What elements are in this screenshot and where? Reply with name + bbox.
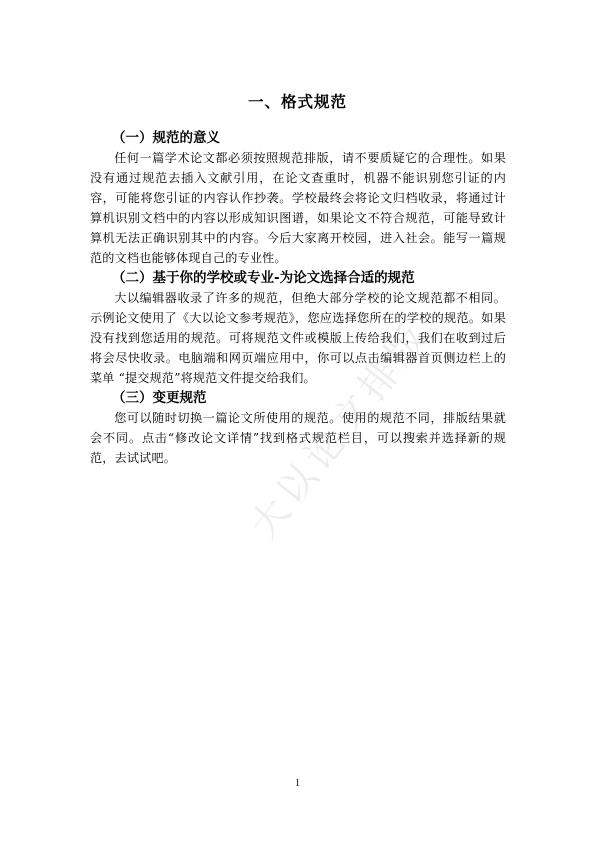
section-paragraph: 任何一篇学术论文都必须按照规范排版，请不要质疑它的合理性。如果没有通过规范去插入… xyxy=(90,148,506,268)
section-paragraph: 大以编辑器收录了许多的规范，但绝大部分学校的论文规范都不相同。示例论文使用了《大… xyxy=(90,288,506,388)
section-heading: （二）基于你的学校或专业-为论文选择合适的规范 xyxy=(112,268,506,288)
section-choose-standard: （二）基于你的学校或专业-为论文选择合适的规范 大以编辑器收录了许多的规范，但绝… xyxy=(90,268,506,388)
page-title: 一、格式规范 xyxy=(0,90,595,112)
document-page: 一、格式规范 （一）规范的意义 任何一篇学术论文都必须按照规范排版，请不要质疑它… xyxy=(0,0,595,842)
section-heading: （三）变更规范 xyxy=(112,388,506,408)
section-change-standard: （三）变更规范 您可以随时切换一篇论文所使用的规范。使用的规范不同，排版结果就会… xyxy=(90,388,506,468)
section-heading: （一）规范的意义 xyxy=(112,128,506,148)
section-paragraph: 您可以随时切换一篇论文所使用的规范。使用的规范不同，排版结果就会不同。点击“修改… xyxy=(90,408,506,468)
section-significance: （一）规范的意义 任何一篇学术论文都必须按照规范排版，请不要质疑它的合理性。如果… xyxy=(90,128,506,268)
document-body: （一）规范的意义 任何一篇学术论文都必须按照规范排版，请不要质疑它的合理性。如果… xyxy=(90,128,506,468)
page-number: 1 xyxy=(0,778,595,789)
